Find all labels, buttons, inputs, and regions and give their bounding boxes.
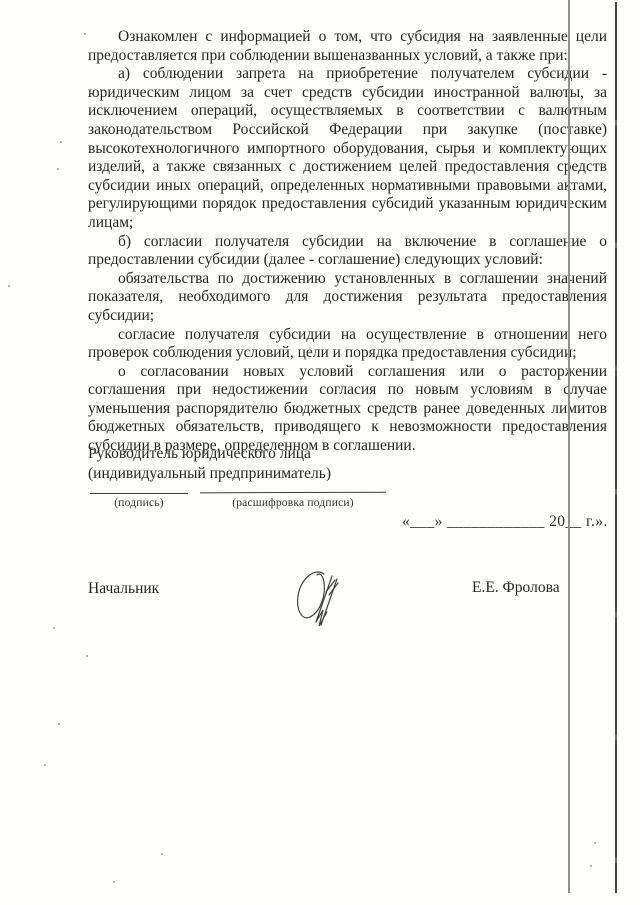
body-line: лицам; [88, 214, 607, 233]
body-line: согласие получателя субсидии на осуществ… [88, 326, 607, 345]
body-line: проверок соблюдения условий, цели и поря… [88, 344, 607, 363]
body-line: бюджетных обязательств, приводящего к не… [88, 418, 607, 437]
signatory-role-line2: (индивидуальный предприниматель) [88, 464, 331, 484]
scan-noise-dot [84, 33, 86, 35]
body-line: предоставлении субсидии (далее - соглаше… [88, 251, 607, 270]
scan-noise-dot [58, 723, 60, 725]
scan-noise-dot [594, 842, 596, 844]
body-line: Ознакомлен с информацией о том, что субс… [88, 28, 607, 47]
body-line: соглашения при недостижении согласия по … [88, 381, 607, 400]
body-line: о согласовании новых условий соглашения … [88, 363, 607, 382]
body-line: показателя, необходимого для достижения … [88, 288, 607, 307]
scan-noise-dot [57, 168, 59, 170]
official-name: Е.Е. Фролова [472, 579, 560, 597]
body-line: законодательством Российской Федерации п… [88, 121, 607, 140]
body-line: регулирующими порядок предоставления суб… [88, 195, 607, 214]
body-line: предоставляется при соблюдении вышеназва… [88, 47, 607, 66]
scan-noise-dot [113, 881, 115, 883]
body-line: субсидии иных операций, определенных нор… [88, 177, 607, 196]
document-body: Ознакомлен с информацией о том, что субс… [88, 28, 607, 456]
scan-noise-dot [86, 655, 88, 657]
signature-label: (подпись) [90, 497, 188, 509]
body-line: а) соблюдении запрета на приобретение по… [88, 65, 607, 84]
scanned-document-page: Ознакомлен с информацией о том, что субс… [0, 0, 640, 905]
official-position: Начальник [88, 580, 159, 598]
scan-noise-dot [53, 627, 55, 629]
scan-noise-dot [60, 141, 62, 143]
handwritten-signature [288, 562, 350, 634]
scan-noise-dot [44, 764, 46, 766]
signature-transcript-label: (расшифровка подписи) [200, 497, 386, 509]
body-line: высокотехнологичного импортного оборудов… [88, 140, 607, 159]
body-line: исключением операций, осуществляемых в с… [88, 102, 607, 121]
scan-noise-dot [8, 285, 10, 287]
name-blank-line [200, 492, 386, 494]
body-line: уменьшения распорядителю бюджетных средс… [88, 400, 607, 419]
scan-noise-dot [161, 853, 163, 855]
signature-blank-line [90, 493, 188, 494]
body-line: обязательства по достижению установленны… [88, 270, 607, 289]
body-line: б) согласии получателя субсидии на включ… [88, 233, 607, 252]
scan-page-edge-line [615, 2, 617, 893]
signatory-role-line1: Руководитель юридического лица [88, 444, 331, 464]
date-blank-line: «___» ____________ 20__ г.». [402, 513, 608, 531]
body-line: субсидии; [88, 307, 607, 326]
signatory-role-block: Руководитель юридического лица (индивиду… [88, 444, 331, 484]
body-line: юридическим лицом за счет средств субсид… [88, 84, 607, 103]
scan-fold-line [568, 0, 570, 893]
scan-noise-dot [590, 865, 592, 867]
body-line: изделий, а также связанных с достижением… [88, 158, 607, 177]
